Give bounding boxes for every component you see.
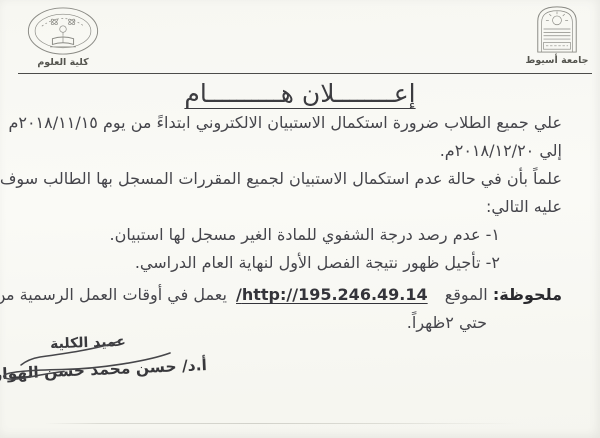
paragraph-line: إلي ٢٠١٨/١٢/٢٠م. (6, 137, 562, 165)
note-line-continuation: حتي ٢ظهراً. (6, 309, 487, 337)
signature-title: عميد الكلية (48, 334, 129, 353)
faculty-caption: كلية العلوم (30, 57, 96, 68)
scan-fold-line (45, 423, 517, 424)
penalty-list-item: ٢- تأجيل ظهور نتيجة الفصل الأول لنهاية ا… (6, 249, 500, 277)
scanned-announcement-page: كلية العلوم جامعة أسيوط إعــــــــلان هـ… (0, 0, 600, 438)
header-divider (18, 73, 592, 74)
university-caption: جامعة أسيوط (524, 55, 590, 66)
note-text-after-url: يعمل في أوقات العمل الرسمية من ٨ صباحاً (0, 285, 227, 304)
announcement-body: علي جميع الطلاب ضرورة استكمال الاستبيان … (6, 109, 562, 337)
paragraph-line: علماً بأن في حالة عدم استكمال الاستبيان … (6, 165, 562, 193)
paragraph-line: عليه التالي: (6, 193, 562, 221)
signature-name: أ.د/ حسن محمد حسن الهواري (2, 356, 208, 383)
assiut-university-logo-icon (534, 4, 580, 54)
survey-site-url: http://195.246.49.14/ (236, 285, 428, 304)
penalty-list-item: ١- عدم رصد درجة الشفوي للمادة الغير مسجل… (6, 221, 500, 249)
note-line: ملحوظة: الموقع http://195.246.49.14/ يعم… (6, 281, 562, 309)
note-label: ملحوظة: (493, 285, 562, 304)
announcement-title: إعــــــــلان هــــــــــام (0, 79, 600, 108)
announcement-title-text: إعــــــــلان هــــــــــام (184, 79, 415, 108)
paragraph-line: علي جميع الطلاب ضرورة استكمال الاستبيان … (6, 109, 562, 137)
note-text-before-url: الموقع (445, 285, 488, 304)
faculty-of-science-seal-icon (24, 6, 102, 56)
